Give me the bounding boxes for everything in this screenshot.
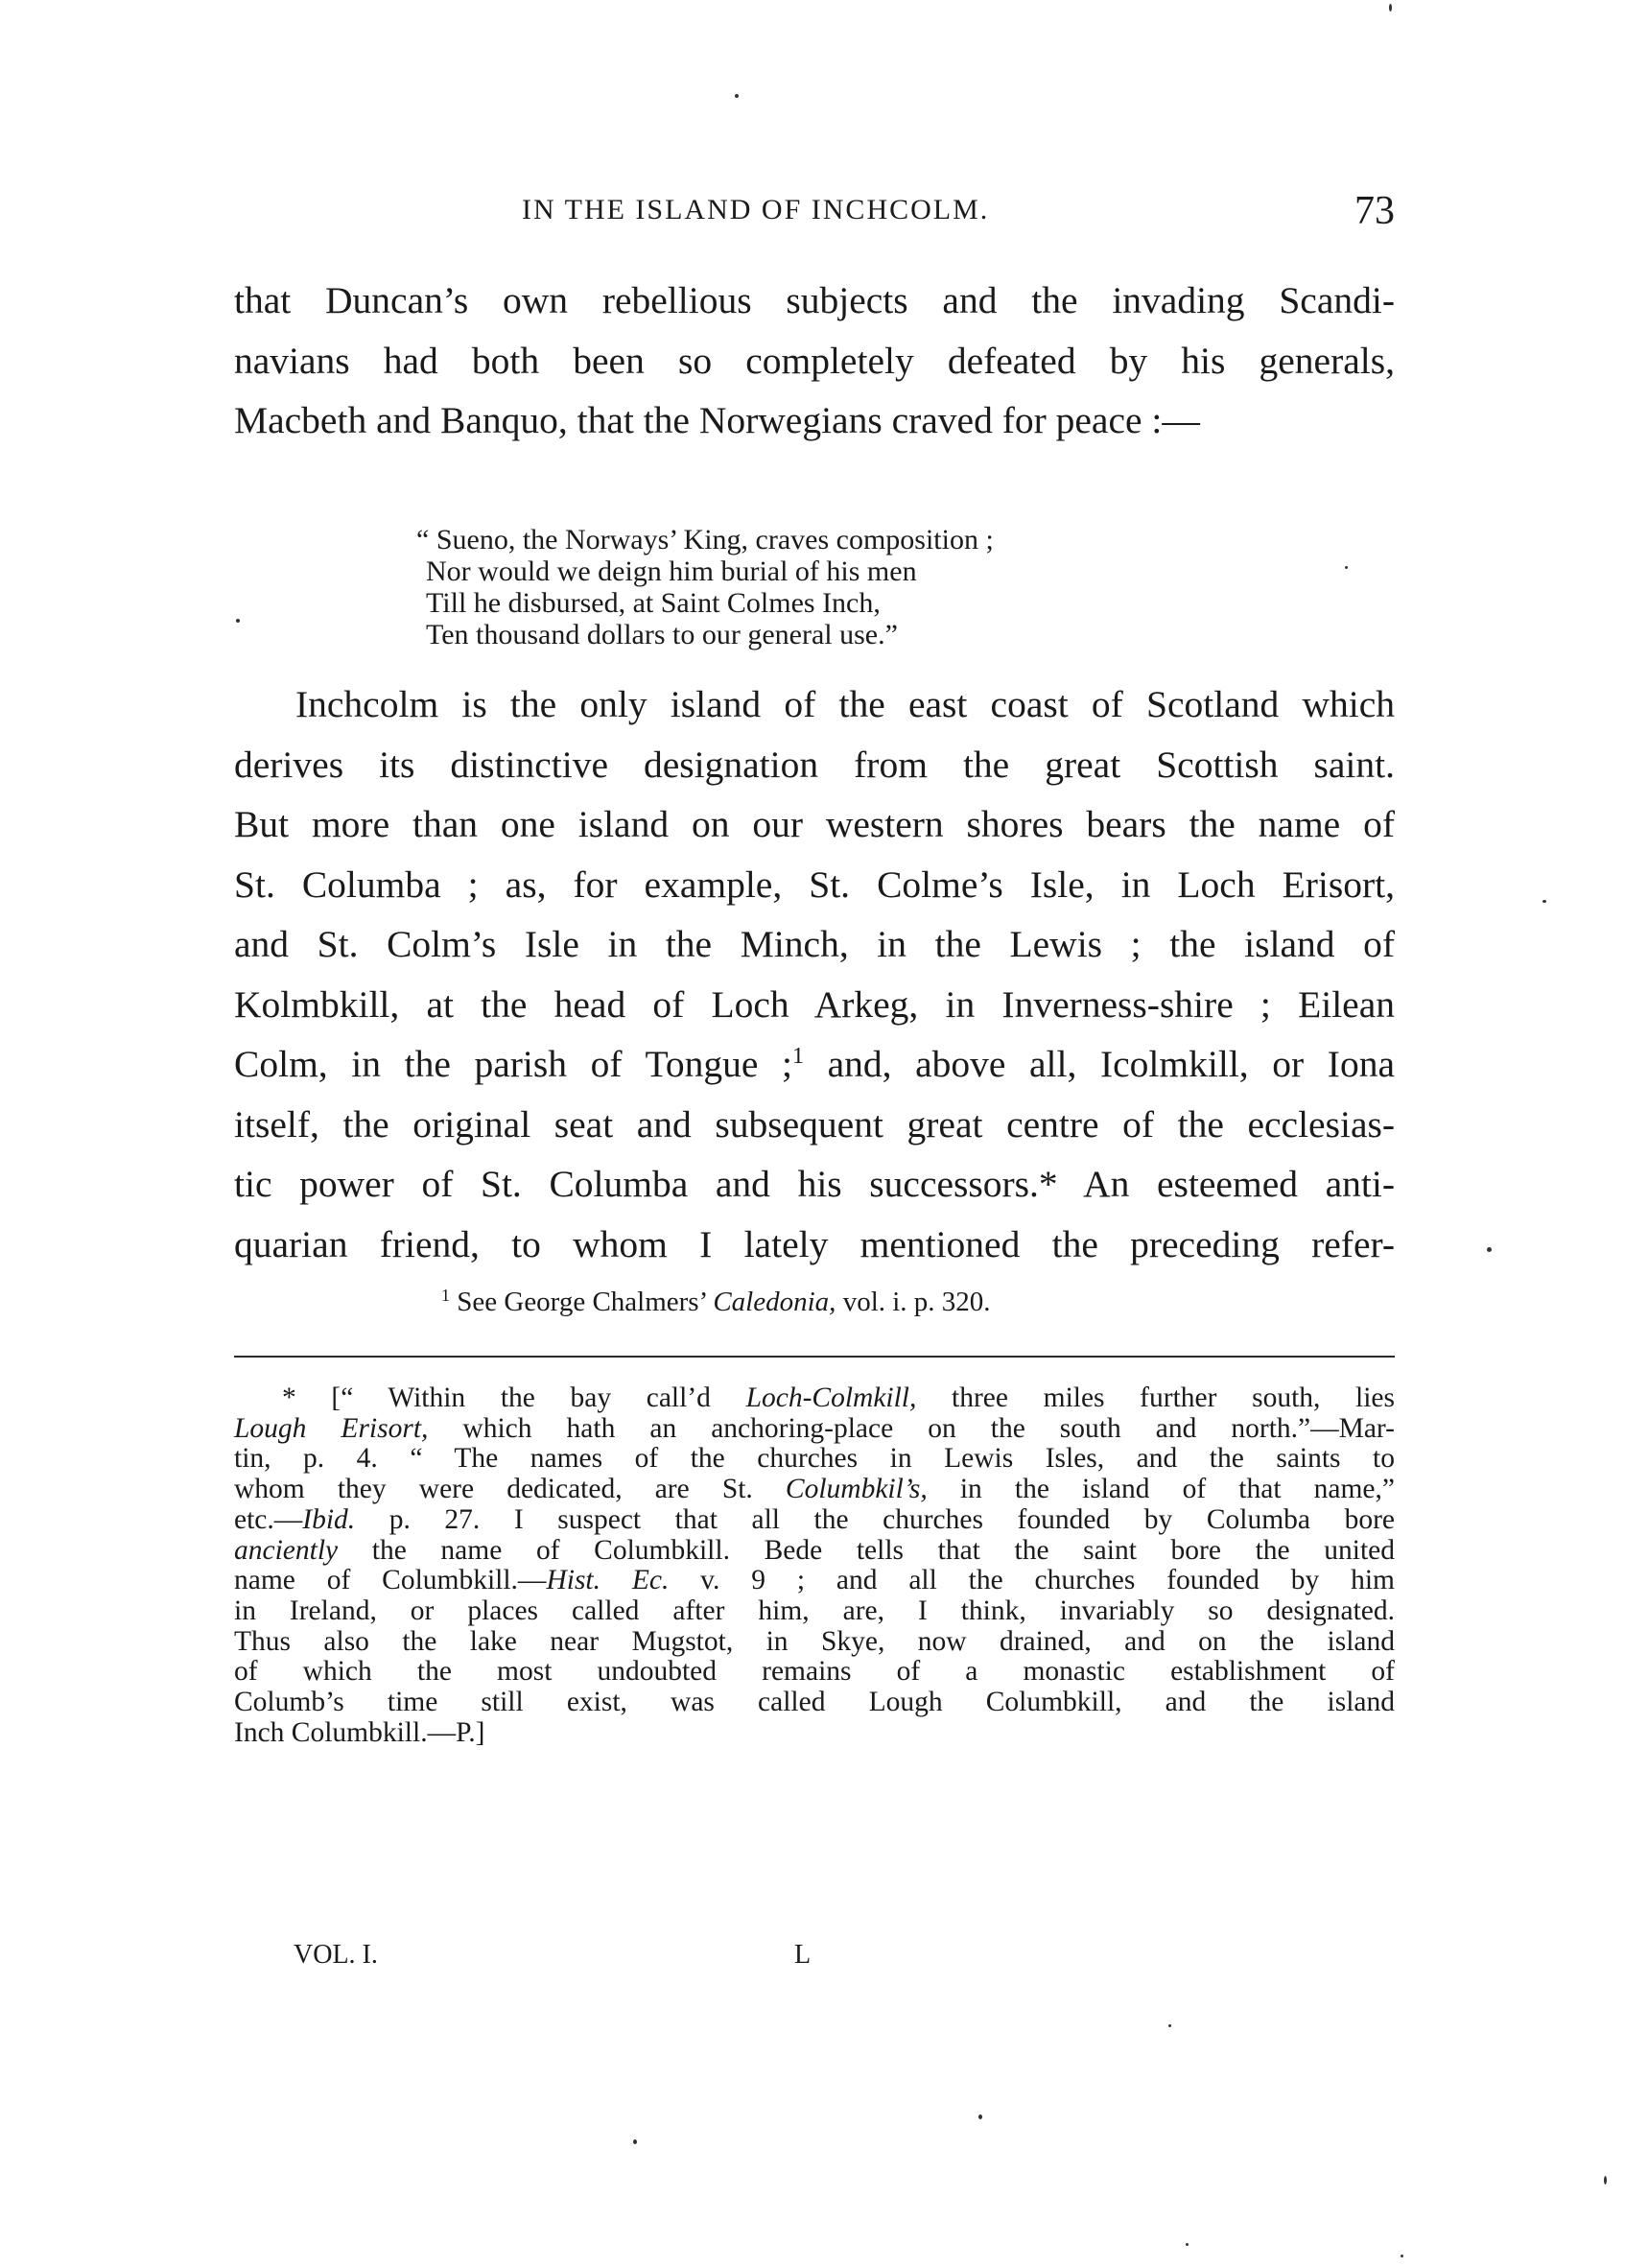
scan-speck [1487,1247,1492,1252]
scan-speck [1186,2243,1189,2246]
note-line: * [“ Within the bay call’d Loch-Colmkill… [234,1383,1395,1414]
text-fragment: tin, p. 4. “ The names of the churches i… [234,1443,1395,1474]
italic-fragment: Columbkil’s, [786,1474,928,1504]
note-line: Columb’s time still exist, was called Lo… [234,1688,1395,1718]
verse-quotation: “ Sueno, the Norways’ King, craves compo… [416,524,994,650]
text-line: navians had both been so completely defe… [234,331,1395,391]
text-line: St. Columba ; as, for example, St. Colme… [234,855,1395,915]
signature-letter: L [794,1940,811,1971]
note-line: in Ireland, or places called after him, … [234,1596,1395,1627]
italic-fragment: Ibid. [302,1504,355,1535]
note-line: Thus also the lake near Mugstot, in Skye… [234,1627,1395,1658]
text-line: that Duncan’s own rebellious subjects an… [234,271,1395,331]
verse-line: Ten thousand dollars to our general use.… [416,619,994,650]
text-fragment: v. 9 ; and all the churches founded by h… [669,1565,1395,1595]
note-line: Inch Columbkill.—P.] [234,1718,1395,1749]
text-line: itself, the original seat and subsequent… [234,1095,1395,1155]
footnote-text: See George Chalmers’ [457,1287,713,1317]
paragraph-1: that Duncan’s own rebellious subjects an… [234,271,1395,451]
note-line: name of Columbkill.—Hist. Ec. v. 9 ; and… [234,1566,1395,1596]
verse-line: “ Sueno, the Norways’ King, craves compo… [416,524,994,555]
text-fragment: in the island of that name,” [928,1474,1395,1504]
scan-speck [978,2114,982,2119]
text-fragment: Thus also the lake near Mugstot, in Skye… [234,1626,1395,1657]
text-line: tic power of St. Columba and his success… [234,1154,1395,1215]
footnote-divider [234,1356,1395,1358]
text-fragment: of which the most undoubted remains of a… [234,1656,1395,1687]
scan-speck [1345,566,1348,569]
footnote-text: vol. i. p. 320. [836,1287,990,1317]
note-line: etc.—Ibid. p. 27. I suspect that all the… [234,1505,1395,1536]
text-line: Macbeth and Banquo, that the Norwegians … [234,390,1395,451]
italic-fragment: Loch-Colmkill, [746,1382,917,1413]
text-fragment: three miles further south, lies [916,1382,1395,1413]
note-line: tin, p. 4. “ The names of the churches i… [234,1444,1395,1475]
scan-speck [236,619,240,623]
text-fragment: which hath an anchoring-place on the sou… [428,1413,1395,1444]
text-fragment: Inch Columbkill.—P.] [234,1717,484,1748]
text-line: Kolmbkill, at the head of Loch Arkeg, in… [234,975,1395,1035]
note-line: anciently the name of Columbkill. Bede t… [234,1536,1395,1567]
text-line: and St. Colm’s Isle in the Minch, in the… [234,914,1395,975]
scan-speck [1168,2024,1171,2027]
scan-speck [1542,900,1546,903]
note-line: whom they were dedicated, are St. Columb… [234,1475,1395,1505]
running-title: IN THE ISLAND OF INCHCOLM. [522,194,989,226]
note-line: Lough Erisort, which hath an anchoring-p… [234,1414,1395,1445]
scan-speck [1401,2255,1403,2257]
text-fragment: Columb’s time still exist, was called Lo… [234,1687,1395,1717]
editor-note: * [“ Within the bay call’d Loch-Colmkill… [234,1383,1395,1748]
text-fragment: * [“ Within the bay call’d [282,1382,746,1413]
footnote-1: 1 See George Chalmers’ Caledonia, vol. i… [441,1286,991,1318]
text-line: Inchcolm is the only island of the east … [234,674,1395,735]
paragraph-2: Inchcolm is the only island of the east … [234,674,1395,1274]
text-fragment: Colm, in the parish of Tongue ; [234,1043,792,1085]
text-fragment: whom they were dedicated, are St. [234,1474,786,1504]
text-fragment: p. 27. I suspect that all the churches f… [355,1504,1395,1535]
scan-speck [1389,4,1392,12]
footnote-marker: 1 [792,1044,804,1069]
text-fragment: etc.— [234,1504,302,1535]
page-number: 73 [1354,188,1395,234]
text-line: derives its distinctive designation from… [234,735,1395,795]
scan-speck [735,94,739,98]
text-fragment: in Ireland, or places called after him, … [234,1595,1395,1626]
verse-line: Till he disbursed, at Saint Colmes Inch, [416,587,994,619]
text-fragment: name of Columbkill.— [234,1565,546,1595]
scan-speck [633,2139,637,2144]
signature-volume: VOL. I. [294,1940,378,1971]
text-line: quarian friend, to whom I lately mention… [234,1215,1395,1275]
text-line-with-footnote: Colm, in the parish of Tongue ;1 and, ab… [234,1034,1395,1095]
running-head: IN THE ISLAND OF INCHCOLM. 73 [234,188,1395,236]
text-fragment: the name of Columbkill. Bede tells that … [338,1535,1395,1566]
italic-fragment: Hist. Ec. [546,1565,669,1595]
scan-speck [1604,2176,1607,2185]
note-line: of which the most undoubted remains of a… [234,1657,1395,1688]
text-fragment: and, above all, Icolmkill, or Iona [804,1043,1395,1085]
italic-fragment: anciently [234,1535,338,1566]
text-line: But more than one island on our western … [234,794,1395,855]
footnote-marker: 1 [441,1286,450,1305]
italic-fragment: Lough Erisort, [234,1413,428,1444]
verse-line: Nor would we deign him burial of his men [416,555,994,587]
book-page: IN THE ISLAND OF INCHCOLM. 73 that Dunca… [0,0,1648,2268]
footnote-italic-title: Caledonia, [713,1287,836,1317]
